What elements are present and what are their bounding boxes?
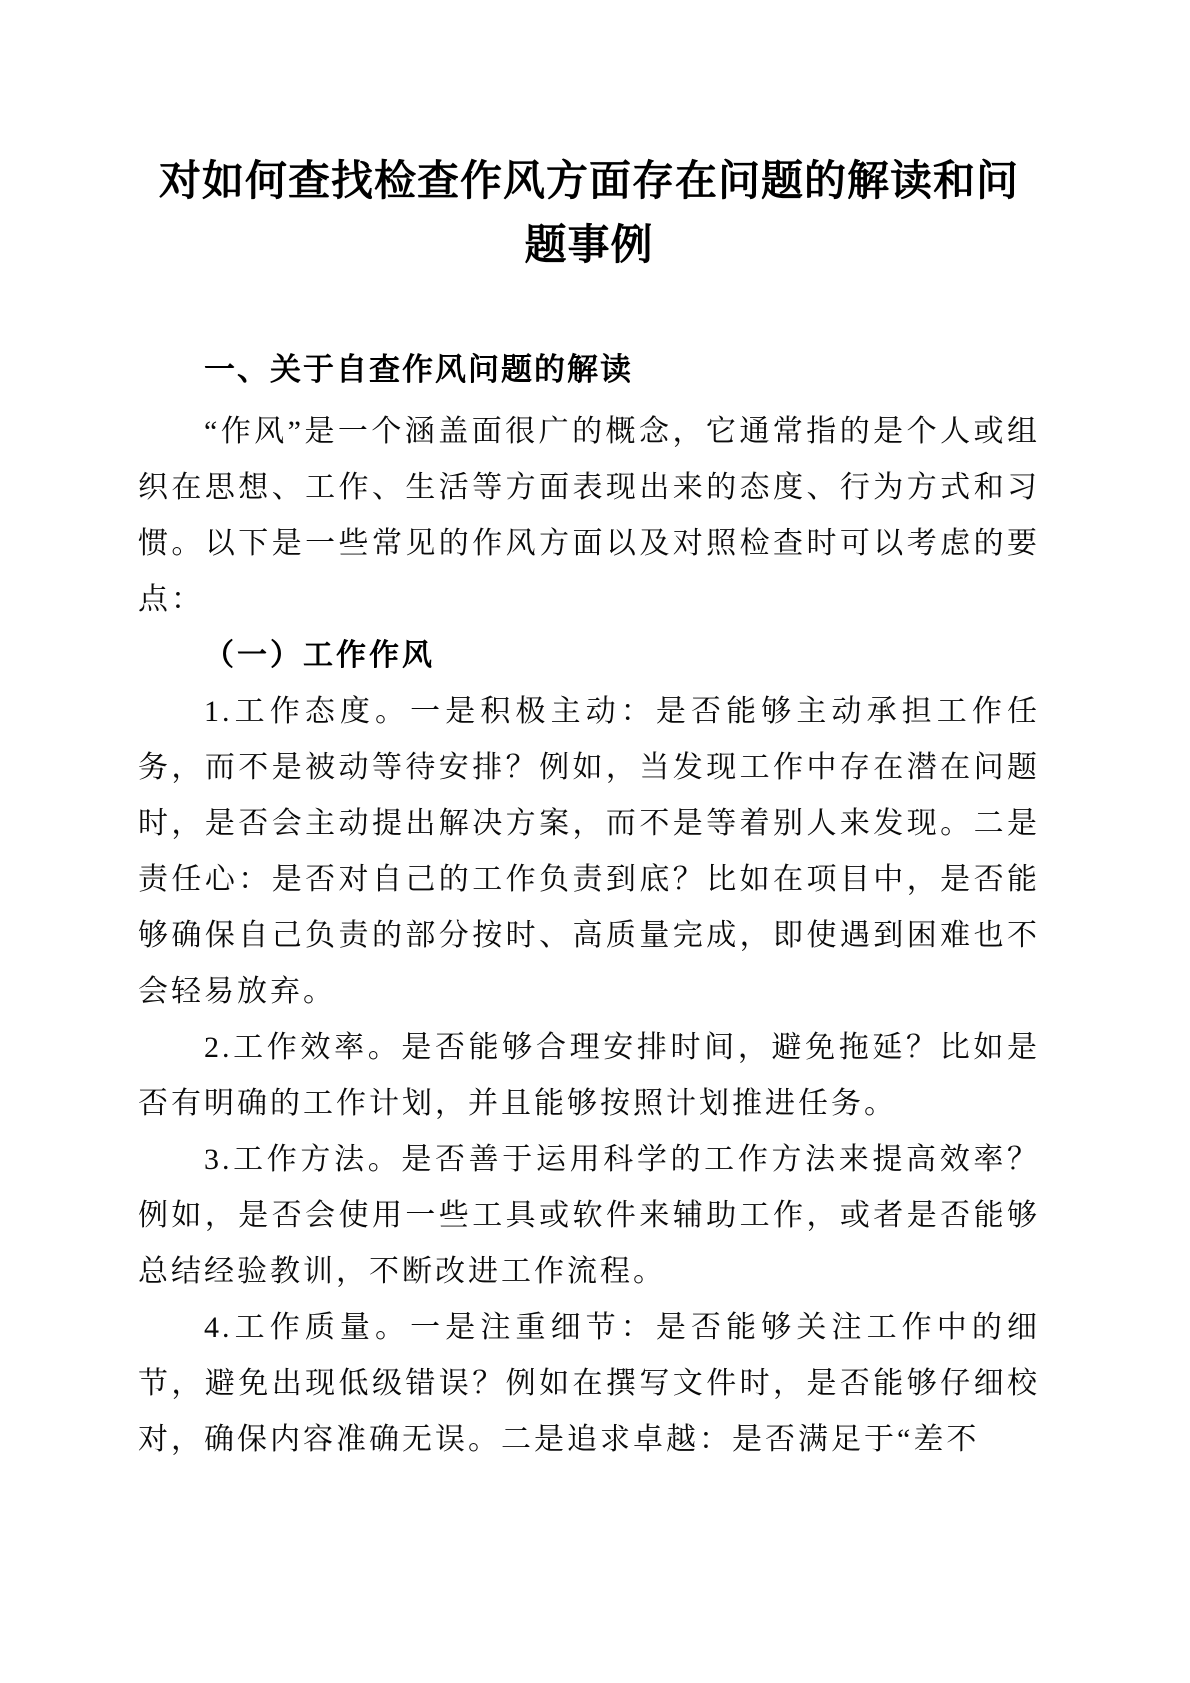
paragraph-work-quality: 4.工作质量。一是注重细节：是否能够关注工作中的细节，避免出现低级错误？例如在撰…: [138, 1300, 1040, 1468]
paragraph-work-attitude: 1.工作态度。一是积极主动：是否能够主动承担工作任务，而不是被动等待安排？例如，…: [138, 684, 1040, 1020]
section-heading-self-check-interpretation: 一、关于自查作风问题的解读: [138, 342, 1040, 398]
document-title: 对如何查找检查作风方面存在问题的解读和问题事例: [138, 150, 1040, 278]
document-page: 对如何查找检查作风方面存在问题的解读和问题事例 一、关于自查作风问题的解读 “作…: [0, 0, 1190, 1683]
paragraph-work-efficiency: 2.工作效率。是否能够合理安排时间，避免拖延？比如是否有明确的工作计划，并且能够…: [138, 1020, 1040, 1132]
intro-paragraph: “作风”是一个涵盖面很广的概念，它通常指的是个人或组织在思想、工作、生活等方面表…: [138, 404, 1040, 628]
paragraph-work-method: 3.工作方法。是否善于运用科学的工作方法来提高效率？例如，是否会使用一些工具或软…: [138, 1132, 1040, 1300]
subsection-heading-work-style: （一）工作作风: [138, 628, 1040, 684]
